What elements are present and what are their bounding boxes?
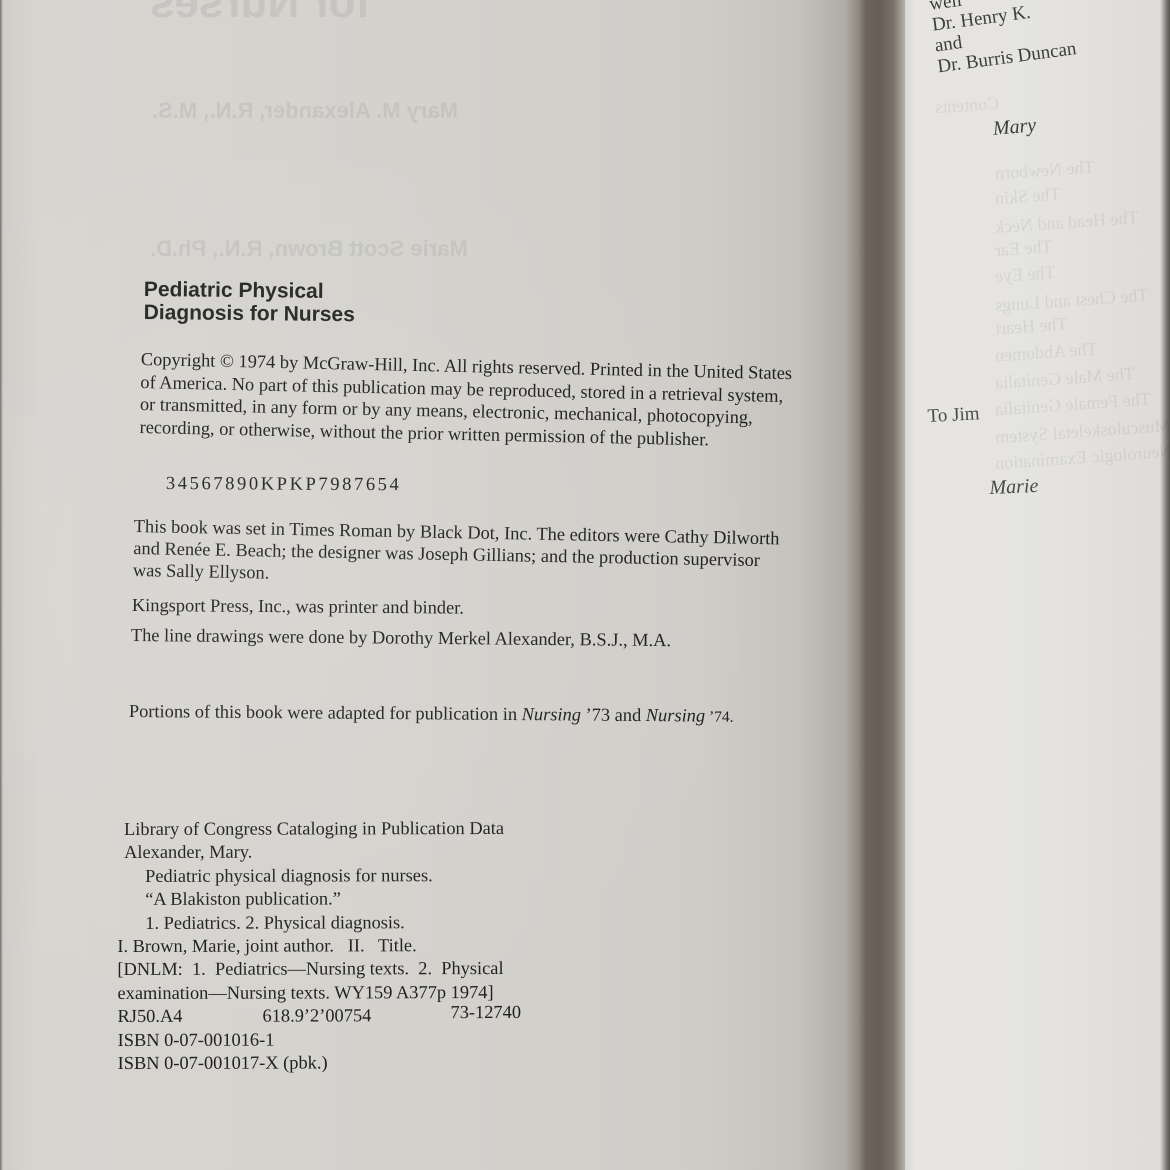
signature-mary: Mary xyxy=(992,114,1037,141)
dewey-number: 618.9’2’00754 xyxy=(262,1004,450,1028)
cip-added-entries: I. Brown, Marie, joint author. II. Title… xyxy=(117,934,521,958)
cip-heading: Library of Congress Cataloging in Public… xyxy=(124,817,521,841)
copyright-page: for Nurses Mary M. Alexander, R.N., M.S.… xyxy=(0,0,905,1170)
dedication-marie: To Jim xyxy=(927,403,980,428)
publication-year: ’74. xyxy=(705,709,734,726)
show-through-text: for Nurses xyxy=(150,0,370,28)
show-through-text: Marie Scott Brown, R.N., Ph.D. xyxy=(150,236,468,262)
publication-name: Nursing xyxy=(646,705,705,725)
signature-marie: Marie xyxy=(989,475,1039,500)
production-credits: This book was set in Times Roman by Blac… xyxy=(133,515,780,593)
portions-conjunction: and xyxy=(610,705,646,725)
isbn-paper: ISBN 0-07-001017-X (pbk.) xyxy=(118,1051,522,1075)
print-code: 34567890KPKP7987654 xyxy=(166,474,402,496)
portions-note: Portions of this book were adapted for p… xyxy=(129,701,734,727)
cip-subjects: 1. Pediatrics. 2. Physical diagnosis. xyxy=(124,911,521,935)
publication-year: ’73 xyxy=(581,705,610,725)
lc-class-number: RJ50.A4 xyxy=(117,1005,262,1029)
cip-note: “A Blakiston publication.” xyxy=(124,887,521,911)
open-book-spread: for Nurses Mary M. Alexander, R.N., M.S.… xyxy=(0,0,1170,1170)
title-line: Diagnosis for Nurses xyxy=(144,301,355,326)
cip-dnlm: [DNLM: 1. Pediatrics—Nursing texts. 2. P… xyxy=(117,957,521,981)
lccn: 73-12740 xyxy=(450,1001,521,1025)
cip-title: Pediatric physical diagnosis for nurses. xyxy=(124,864,521,888)
copyright-notice: Copyright © 1974 by McGraw-Hill, Inc. Al… xyxy=(139,348,792,452)
portions-prefix: Portions of this book were adapted for p… xyxy=(129,701,522,724)
title-line: Pediatric Physical xyxy=(144,278,355,303)
drawings-credit: The line drawings were done by Dorothy M… xyxy=(131,625,671,651)
isbn-cloth: ISBN 0-07-001016-1 xyxy=(118,1028,522,1052)
show-through-text: Mary M. Alexander, R.N., M.S. xyxy=(152,98,458,124)
publication-name: Nursing xyxy=(522,704,581,724)
book-title: Pediatric Physical Diagnosis for Nurses xyxy=(144,278,356,326)
cip-author: Alexander, Mary. xyxy=(124,840,521,864)
cip-classification: RJ50.A4618.9’2’0075473-12740 xyxy=(117,1004,521,1028)
cip-data: Library of Congress Cataloging in Public… xyxy=(124,817,521,1076)
printer-line: Kingsport Press, Inc., was printer and b… xyxy=(132,595,464,619)
dedication-page xyxy=(905,0,1170,1170)
